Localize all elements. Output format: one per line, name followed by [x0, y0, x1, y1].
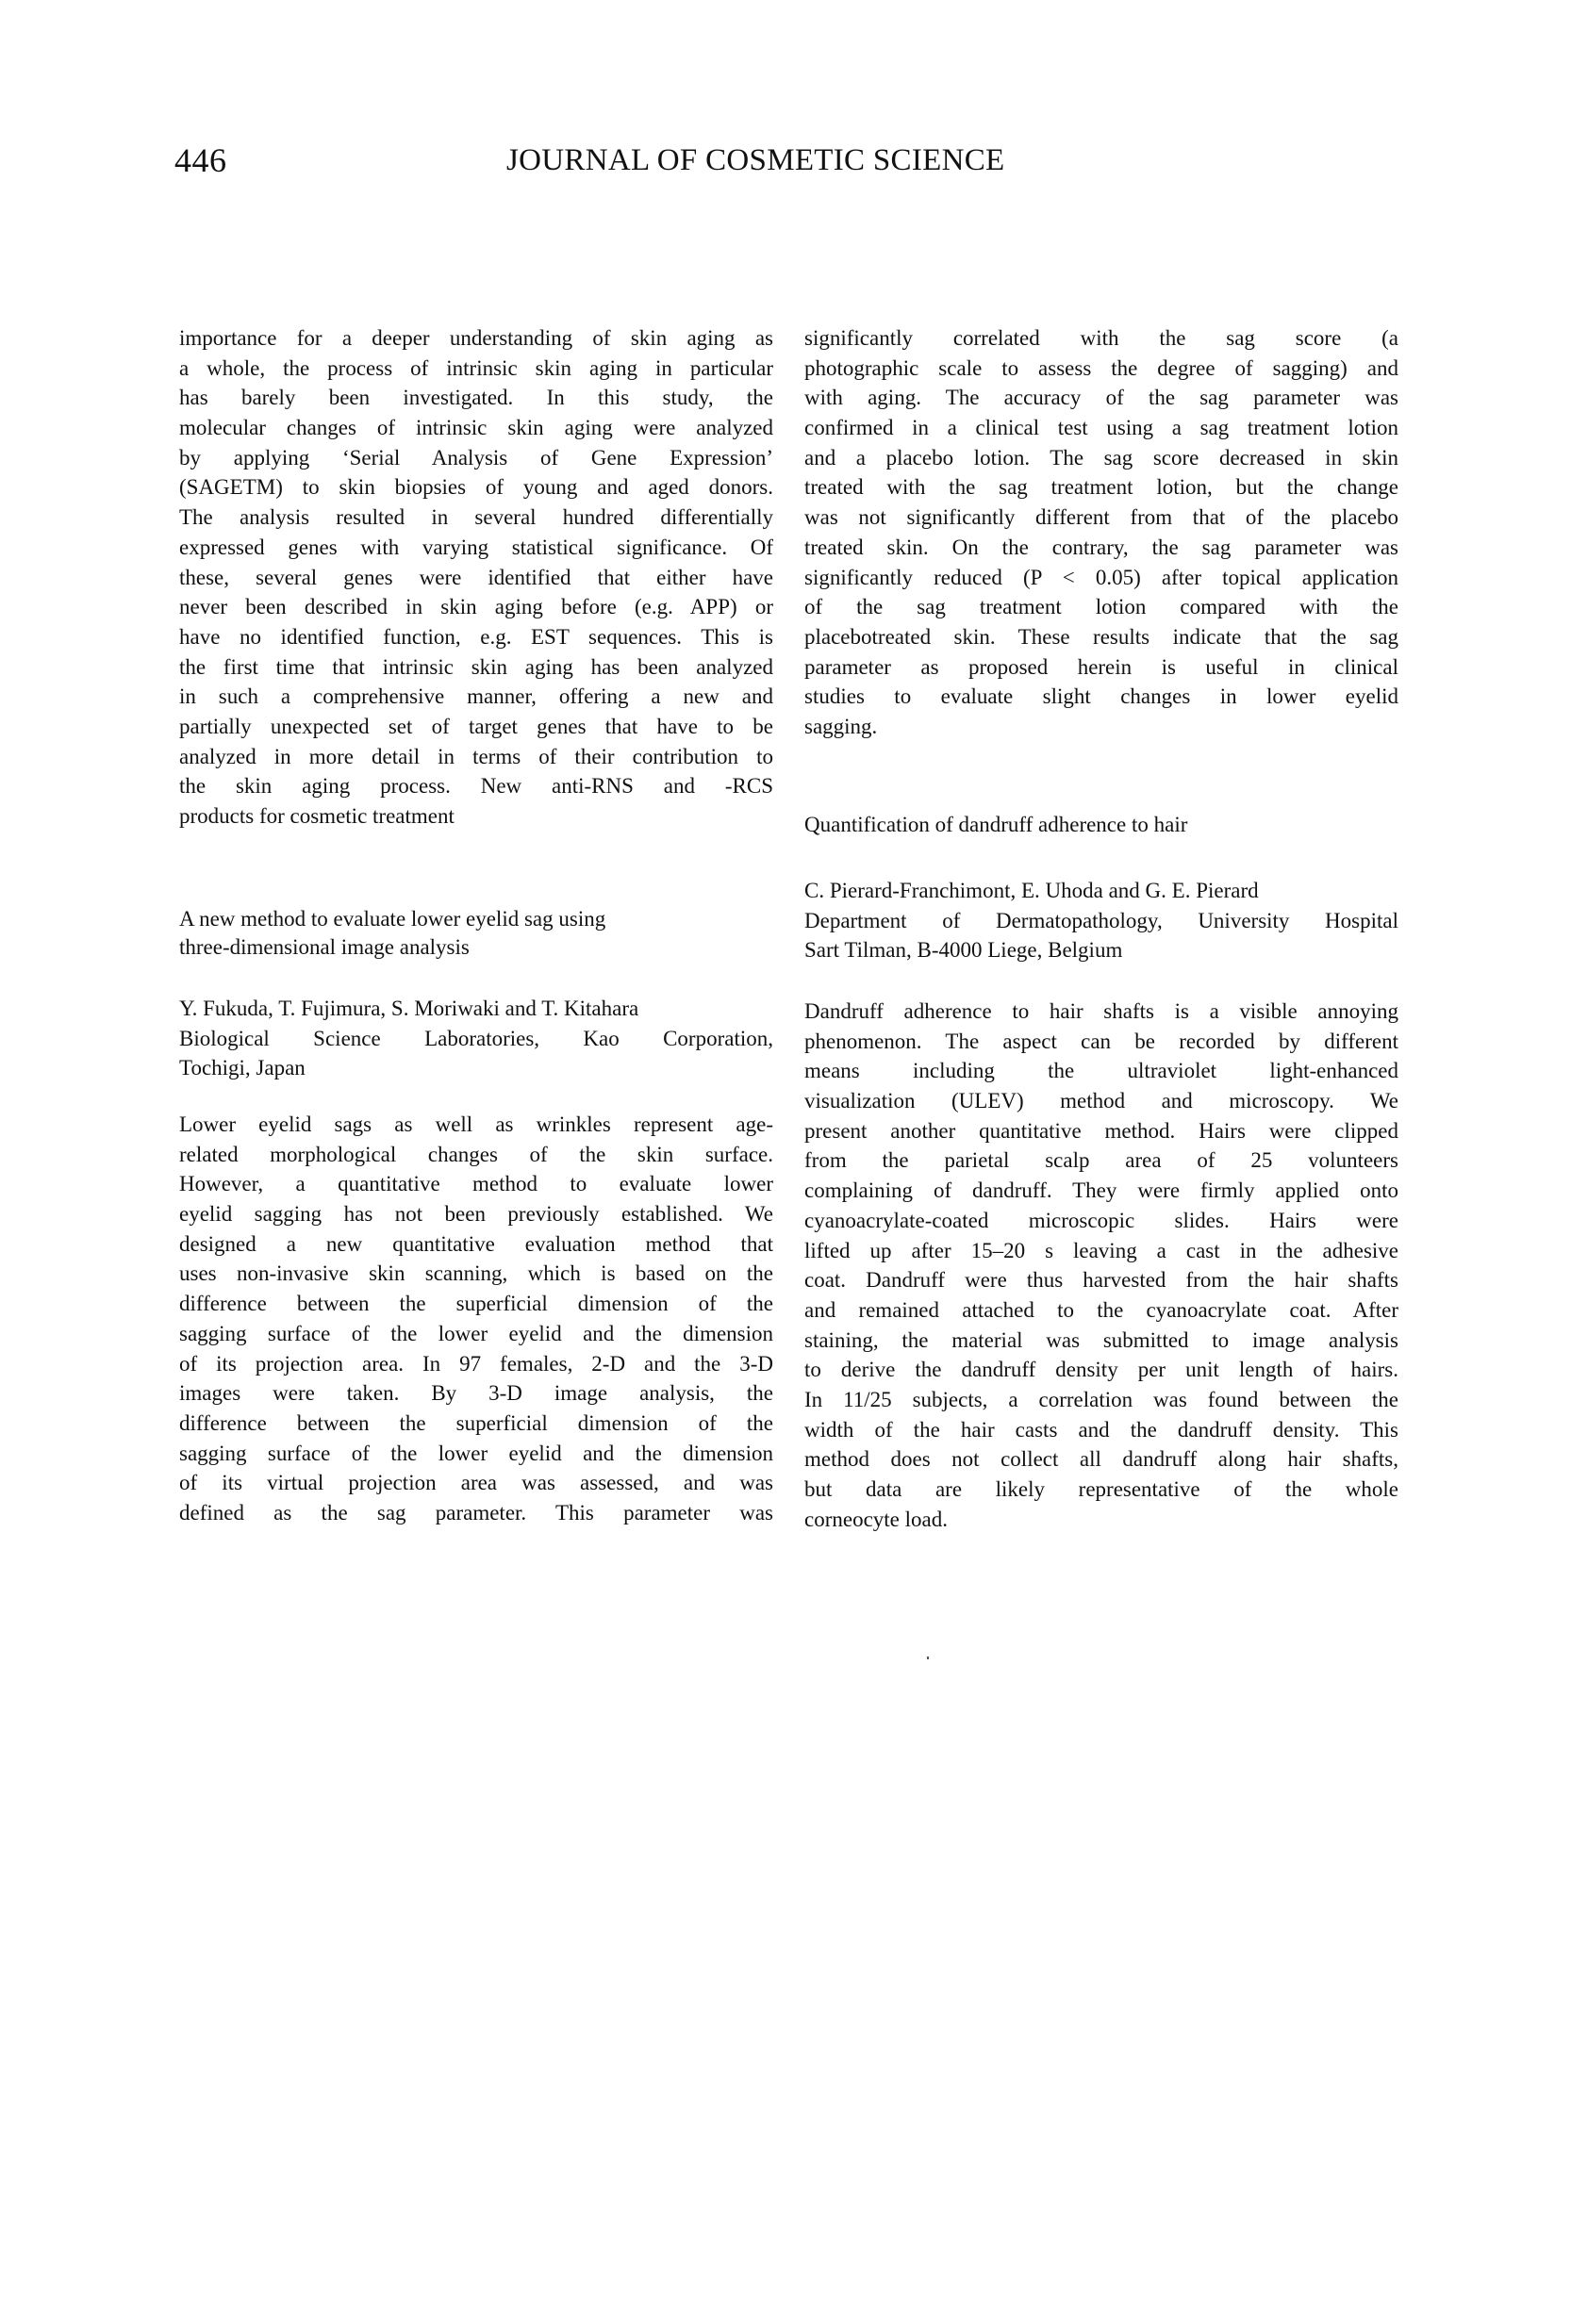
text-line: and remained attached to the cyanoacryla…	[804, 1295, 1398, 1326]
text-line: confirmed in a clinical test using a sag…	[804, 413, 1398, 443]
text-line: defined as the sag parameter. This param…	[179, 1498, 773, 1528]
text-line: treated skin. On the contrary, the sag p…	[804, 533, 1398, 563]
text-line: in such a comprehensive manner, offering…	[179, 682, 773, 712]
continued-paragraph: significantly correlated with the sag sc…	[804, 323, 1398, 742]
authors: C. Pierard-Franchimont, E. Uhoda and G. …	[804, 876, 1398, 906]
text-line: complaining of dandruff. They were firml…	[804, 1176, 1398, 1206]
text-line: width of the hair casts and the dandruff…	[804, 1415, 1398, 1445]
authors: Y. Fukuda, T. Fujimura, S. Moriwaki and …	[179, 994, 773, 1024]
text-line: sagging.	[804, 712, 1398, 742]
text-line: Lower eyelid sags as well as wrinkles re…	[179, 1110, 773, 1140]
text-line: importance for a deeper understanding of…	[179, 323, 773, 354]
text-line: The analysis resulted in several hundred…	[179, 503, 773, 533]
text-line: In 11/25 subjects, a correlation was fou…	[804, 1385, 1398, 1415]
text-line: products for cosmetic treatment	[179, 801, 773, 832]
text-line: these, several genes were identified tha…	[179, 563, 773, 593]
text-line: corneocyte load.	[804, 1505, 1398, 1535]
text-line: designed a new quantitative evaluation m…	[179, 1229, 773, 1260]
text-line: coat. Dandruff were thus harvested from …	[804, 1265, 1398, 1295]
text-line: sagging surface of the lower eyelid and …	[179, 1319, 773, 1349]
article-byline: Y. Fukuda, T. Fujimura, S. Moriwaki and …	[179, 994, 773, 1083]
continued-paragraph: importance for a deeper understanding of…	[179, 323, 773, 832]
affiliation-line: Tochigi, Japan	[179, 1053, 773, 1083]
text-line: phenomenon. The aspect can be recorded b…	[804, 1027, 1398, 1057]
text-line: images were taken. By 3-D image analysis…	[179, 1378, 773, 1409]
page-number: 446	[174, 141, 227, 179]
article-byline: C. Pierard-Franchimont, E. Uhoda and G. …	[804, 876, 1398, 965]
text-line: lifted up after 15–20 s leaving a cast i…	[804, 1236, 1398, 1266]
text-line: difference between the superficial dimen…	[179, 1289, 773, 1319]
text-line: means including the ultraviolet light-en…	[804, 1056, 1398, 1086]
text-line: has barely been investigated. In this st…	[179, 383, 773, 413]
text-line: sagging surface of the lower eyelid and …	[179, 1439, 773, 1469]
text-line: with aging. The accuracy of the sag para…	[804, 383, 1398, 413]
text-line: eyelid sagging has not been previously e…	[179, 1199, 773, 1229]
article-title: Quantification of dandruff adherence to …	[804, 810, 1398, 840]
title-line: A new method to evaluate lower eyelid sa…	[179, 905, 773, 933]
title-line: three-dimensional image analysis	[179, 933, 773, 962]
text-line: method does not collect all dandruff alo…	[804, 1444, 1398, 1475]
text-line: but data are likely representative of th…	[804, 1475, 1398, 1505]
text-line: parameter as proposed herein is useful i…	[804, 652, 1398, 683]
text-line: cyanoacrylate-coated microscopic slides.…	[804, 1206, 1398, 1236]
journal-title: JOURNAL OF COSMETIC SCIENCE	[506, 141, 1063, 179]
text-line: Dandruff adherence to hair shafts is a v…	[804, 997, 1398, 1027]
text-line: partially unexpected set of target genes…	[179, 712, 773, 742]
article-title: A new method to evaluate lower eyelid sa…	[179, 905, 773, 962]
text-line: related morphological changes of the ski…	[179, 1140, 773, 1170]
text-line: to derive the dandruff density per unit …	[804, 1355, 1398, 1385]
scan-speck	[927, 1656, 929, 1659]
article-abstract: Dandruff adherence to hair shafts is a v…	[804, 997, 1398, 1534]
text-line: studies to evaluate slight changes in lo…	[804, 682, 1398, 712]
text-line: by applying ‘Serial Analysis of Gene Exp…	[179, 443, 773, 473]
text-line: difference between the superficial dimen…	[179, 1409, 773, 1439]
text-line: significantly reduced (P < 0.05) after t…	[804, 563, 1398, 593]
text-line: However, a quantitative method to evalua…	[179, 1169, 773, 1199]
text-line: the skin aging process. New anti-RNS and…	[179, 771, 773, 801]
text-line: visualization (ULEV) method and microsco…	[804, 1086, 1398, 1116]
text-line: (SAGETM) to skin biopsies of young and a…	[179, 472, 773, 503]
title-line: Quantification of dandruff adherence to …	[804, 810, 1398, 840]
text-line: significantly correlated with the sag sc…	[804, 323, 1398, 354]
text-line: treated with the sag treatment lotion, b…	[804, 472, 1398, 503]
text-line: uses non-invasive skin scanning, which i…	[179, 1259, 773, 1289]
text-line: have no identified function, e.g. EST se…	[179, 622, 773, 652]
text-line: a whole, the process of intrinsic skin a…	[179, 354, 773, 384]
text-line: and a placebo lotion. The sag score decr…	[804, 443, 1398, 473]
affiliation-line: Department of Dermatopathology, Universi…	[804, 906, 1398, 936]
affiliation-line: Biological Science Laboratories, Kao Cor…	[179, 1024, 773, 1054]
text-line: analyzed in more detail in terms of thei…	[179, 742, 773, 772]
text-line: molecular changes of intrinsic skin agin…	[179, 413, 773, 443]
text-line: from the parietal scalp area of 25 volun…	[804, 1146, 1398, 1176]
text-line: photographic scale to assess the degree …	[804, 354, 1398, 384]
text-line: of its virtual projection area was asses…	[179, 1468, 773, 1498]
affiliation-line: Sart Tilman, B-4000 Liege, Belgium	[804, 935, 1398, 965]
text-line: never been described in skin aging befor…	[179, 592, 773, 622]
text-line: was not significantly different from tha…	[804, 503, 1398, 533]
text-line: placebotreated skin. These results indic…	[804, 622, 1398, 652]
text-line: expressed genes with varying statistical…	[179, 533, 773, 563]
text-line: staining, the material was submitted to …	[804, 1326, 1398, 1356]
text-line: of the sag treatment lotion compared wit…	[804, 592, 1398, 622]
text-line: of its projection area. In 97 females, 2…	[179, 1349, 773, 1379]
text-line: present another quantitative method. Hai…	[804, 1116, 1398, 1146]
article-abstract: Lower eyelid sags as well as wrinkles re…	[179, 1110, 773, 1528]
text-line: the first time that intrinsic skin aging…	[179, 652, 773, 683]
